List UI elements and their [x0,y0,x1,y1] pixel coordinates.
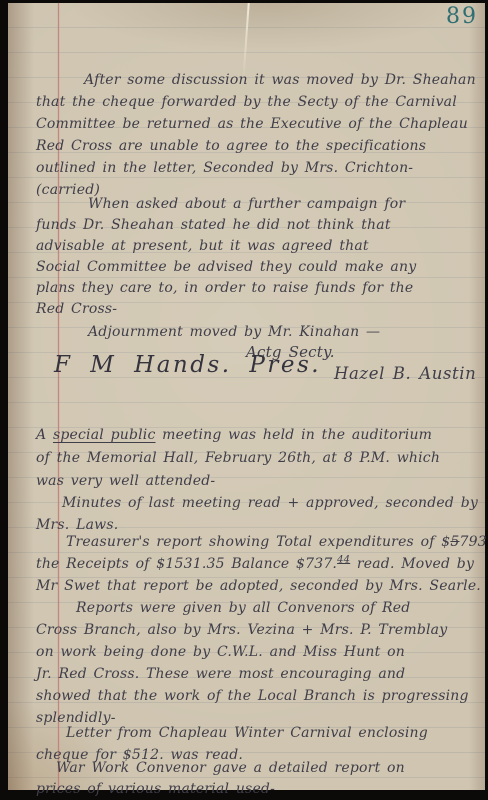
minutes-line: of the Memorial Hall, February 26th, at … [36,447,481,470]
minutes-line: Minutes of last meeting read + approved,… [36,492,481,514]
text-run: the Receipts of $1531.35 Balance $737. [36,556,337,572]
minutes-line: War Work Convenor gave a detailed report… [36,758,481,779]
minutes-line: showed that the work of the Local Branch… [36,685,481,707]
ledger-paper: 89 After some discussion it was moved by… [8,3,485,790]
minutes-line: Treasurer's report showing Total expendi… [36,531,481,553]
paragraph-treasurers-report: Treasurer's report showing Total expendi… [36,531,481,597]
paragraph-war-work-report: War Work Convenor gave a detailed report… [36,758,481,800]
minutes-line: A special public meeting was held in the… [36,424,481,447]
underlined-text: special public [53,427,156,443]
minutes-line: Jr. Red Cross. These were most encouragi… [36,663,481,685]
paragraph-funds-campaign: When asked about a further campaign for … [36,194,481,320]
minutes-line: that the cheque forwarded by the Secty o… [36,91,481,113]
minutes-line: Letter from Chapleau Winter Carnival enc… [36,722,481,744]
scanned-minute-book-photo: 89 After some discussion it was moved by… [0,0,488,800]
minutes-line: Red Cross- [36,299,481,320]
paragraph-convenor-reports: Reports were given by all Convenors of R… [36,597,481,729]
minutes-line: plans they care to, in order to raise fu… [36,278,481,299]
expenditure-amount: 793. [459,534,488,550]
page-number: 89 [446,4,478,29]
president-signature: F M Hands. Pres. [54,354,321,376]
minutes-line: was very well attended- [36,470,481,493]
minutes-line: prices of various material used- [36,779,481,800]
text-run: A [36,427,53,443]
minutes-line: Committee be returned as the Executive o… [36,113,481,135]
minutes-line: the Receipts of $1531.35 Balance $737.44… [36,553,481,575]
text-run: read. Moved by [350,556,474,572]
minutes-line: Social Committee be advised they could m… [36,257,481,278]
text-run: meeting was held in the auditorium [156,427,433,443]
paragraph-cheque-resolution: After some discussion it was moved by Dr… [36,69,481,201]
minutes-line: Red Cross are unable to agree to the spe… [36,135,481,157]
minutes-line: Cross Branch, also by Mrs. Vezina + Mrs.… [36,619,481,641]
minutes-line: Mr Swet that report be adopted, seconded… [36,575,481,597]
minutes-line: advisable at present, but it was agreed … [36,236,481,257]
minutes-line: outlined in the letter, Seconded by Mrs.… [36,157,481,179]
secretary-signature: Hazel B. Austin [334,363,476,385]
minutes-line: on work being done by C.W.L. and Miss Hu… [36,641,481,663]
adjournment-line: Adjournment moved by Mr. Kinahan — [88,321,380,343]
minutes-line: When asked about a further campaign for [36,194,481,215]
paragraph-minutes-approval: Minutes of last meeting read + approved,… [36,492,481,536]
paragraph-special-meeting: A special public meeting was held in the… [36,424,481,493]
text-run: Treasurer's report showing Total expendi… [66,534,450,550]
minutes-line: funds Dr. Sheahan stated he did not thin… [36,215,481,236]
minutes-line: Reports were given by all Convenors of R… [36,597,481,619]
minutes-line: After some discussion it was moved by Dr… [36,69,481,91]
cents-superscript: 44 [337,554,350,565]
